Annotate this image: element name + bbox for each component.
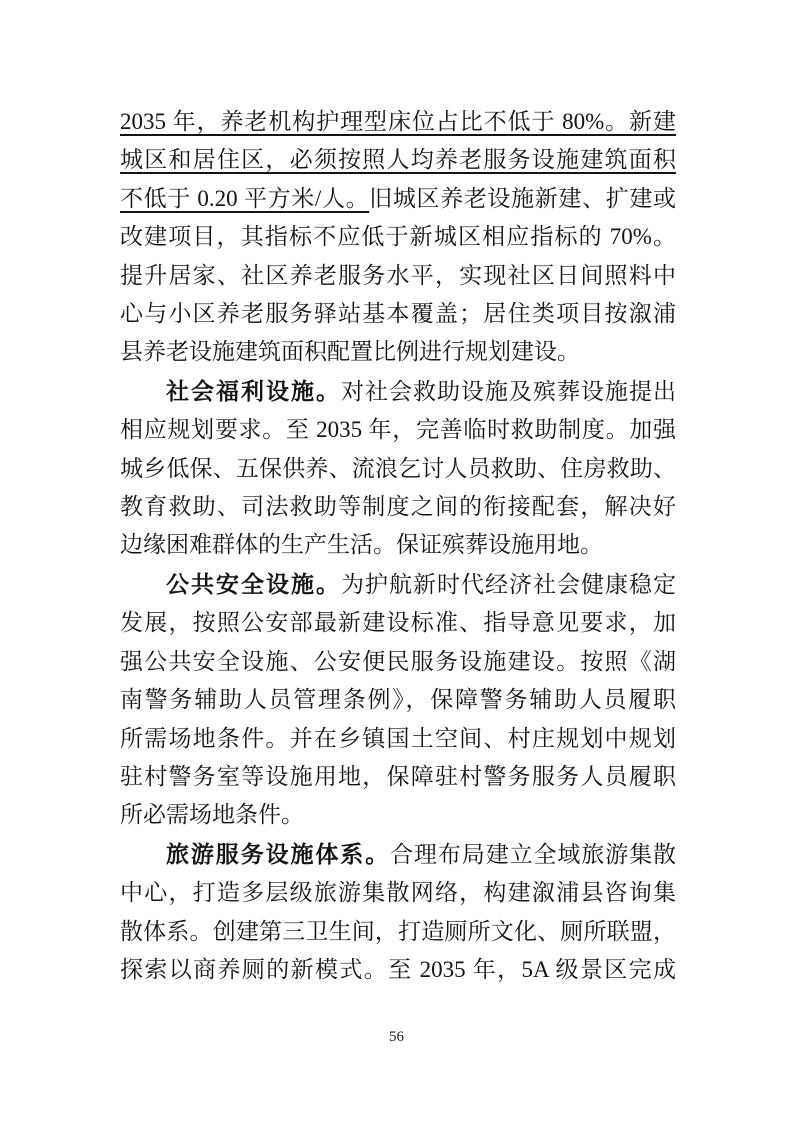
text-line: 公共安全设施。为护航新时代经济社会健康稳定 — [120, 565, 676, 604]
underlined-text-run: 城区和居住区，必须按照人均养老服务设施建筑面积 — [120, 147, 676, 172]
section-heading-run: 旅游服务设施体系。 — [166, 841, 390, 867]
text-line: 2035 年，养老机构护理型床位占比不低于 80%。新建 — [120, 103, 676, 141]
text-run: 相应规划要求。至 2035 年，完善临时救助制度。加强 — [120, 417, 676, 442]
page-footer: 56 — [0, 1028, 793, 1046]
text-line: 驻村警务室等设施用地，保障驻村警务服务人员履职 — [120, 758, 676, 796]
page-number: 56 — [389, 1029, 404, 1045]
text-run: 合理布局建立全域旅游集散 — [390, 842, 676, 867]
text-line: 所必需场地条件。 — [120, 796, 676, 834]
text-line: 探索以商养厕的新模式。至 2035 年，5A 级景区完成 — [120, 951, 676, 989]
text-line: 强公共安全设施、公安便民服务设施建设。按照《湖 — [120, 643, 676, 681]
text-line: 旅游服务设施体系。合理布局建立全域旅游集散 — [120, 835, 676, 874]
text-line: 城区和居住区，必须按照人均养老服务设施建筑面积 — [120, 141, 676, 179]
text-line: 城乡低保、五保供养、流浪乞讨人员救助、住房救助、 — [120, 450, 676, 488]
text-content: 2035 年，养老机构护理型床位占比不低于 80%。新建城区和居住区，必须按照人… — [120, 103, 676, 989]
text-line: 县养老设施建筑面积配置比例进行规划建设。 — [120, 333, 676, 371]
section-heading-run: 社会福利设施。 — [166, 378, 341, 404]
text-line: 相应规划要求。至 2035 年，完善临时救助制度。加强 — [120, 411, 676, 449]
underlined-text-run: 不低于 0.20 平方米/人。 — [120, 186, 369, 211]
text-run: 南警务辅助人员管理条例》，保障警务辅助人员履职 — [120, 687, 676, 712]
text-line: 教育救助、司法救助等制度之间的衔接配套，解决好 — [120, 488, 676, 526]
text-run: 旧城区养老设施新建、扩建或 — [369, 186, 676, 211]
section-heading-run: 公共安全设施。 — [166, 571, 341, 597]
text-line: 提升居家、社区养老服务水平，实现社区日间照料中 — [120, 257, 676, 295]
text-run: 边缘困难群体的生产生活。保证殡葬设施用地。 — [120, 532, 603, 557]
text-line: 南警务辅助人员管理条例》，保障警务辅助人员履职 — [120, 681, 676, 719]
text-line: 散体系。创建第三卫生间，打造厕所文化、厕所联盟， — [120, 913, 676, 951]
text-run: 城乡低保、五保供养、流浪乞讨人员救助、住房救助、 — [120, 456, 676, 481]
text-run: 改建项目，其指标不应低于新城区相应指标的 70%。 — [120, 224, 676, 249]
text-run: 为护航新时代经济社会健康稳定 — [341, 572, 676, 597]
text-run: 强公共安全设施、公安便民服务设施建设。按照《湖 — [120, 649, 676, 674]
text-run: 教育救助、司法救助等制度之间的衔接配套，解决好 — [120, 494, 676, 519]
text-line: 发展，按照公安部最新建设标准、指导意见要求，加 — [120, 604, 676, 642]
text-line: 不低于 0.20 平方米/人。旧城区养老设施新建、扩建或 — [120, 180, 676, 218]
text-run: 县养老设施建筑面积配置比例进行规划建设。 — [120, 339, 580, 364]
text-line: 心与小区养老服务驿站基本覆盖；居住类项目按溆浦 — [120, 295, 676, 333]
underlined-text-run: 2035 年，养老机构护理型床位占比不低于 80%。新建 — [120, 109, 676, 134]
text-line: 改建项目，其指标不应低于新城区相应指标的 70%。 — [120, 218, 676, 256]
text-run: 探索以商养厕的新模式。至 2035 年，5A 级景区完成 — [120, 957, 676, 982]
text-run: 所必需场地条件。 — [120, 802, 304, 827]
text-run: 散体系。创建第三卫生间，打造厕所文化、厕所联盟， — [120, 919, 676, 944]
text-run: 心与小区养老服务驿站基本覆盖；居住类项目按溆浦 — [120, 301, 676, 326]
text-line: 中心，打造多层级旅游集散网络，构建溆浦县咨询集 — [120, 874, 676, 912]
document-page: 2035 年，养老机构护理型床位占比不低于 80%。新建城区和居住区，必须按照人… — [0, 0, 793, 1122]
text-run: 所需场地条件。并在乡镇国土空间、村庄规划中规划 — [120, 726, 676, 751]
text-line: 所需场地条件。并在乡镇国土空间、村庄规划中规划 — [120, 720, 676, 758]
text-run: 驻村警务室等设施用地，保障驻村警务服务人员履职 — [120, 764, 676, 789]
text-line: 社会福利设施。对社会救助设施及殡葬设施提出 — [120, 372, 676, 411]
text-line: 边缘困难群体的生产生活。保证殡葬设施用地。 — [120, 526, 676, 564]
text-run: 对社会救助设施及殡葬设施提出 — [341, 379, 676, 404]
text-run: 中心，打造多层级旅游集散网络，构建溆浦县咨询集 — [120, 880, 676, 905]
text-run: 提升居家、社区养老服务水平，实现社区日间照料中 — [120, 263, 676, 288]
text-run: 发展，按照公安部最新建设标准、指导意见要求，加 — [120, 610, 676, 635]
